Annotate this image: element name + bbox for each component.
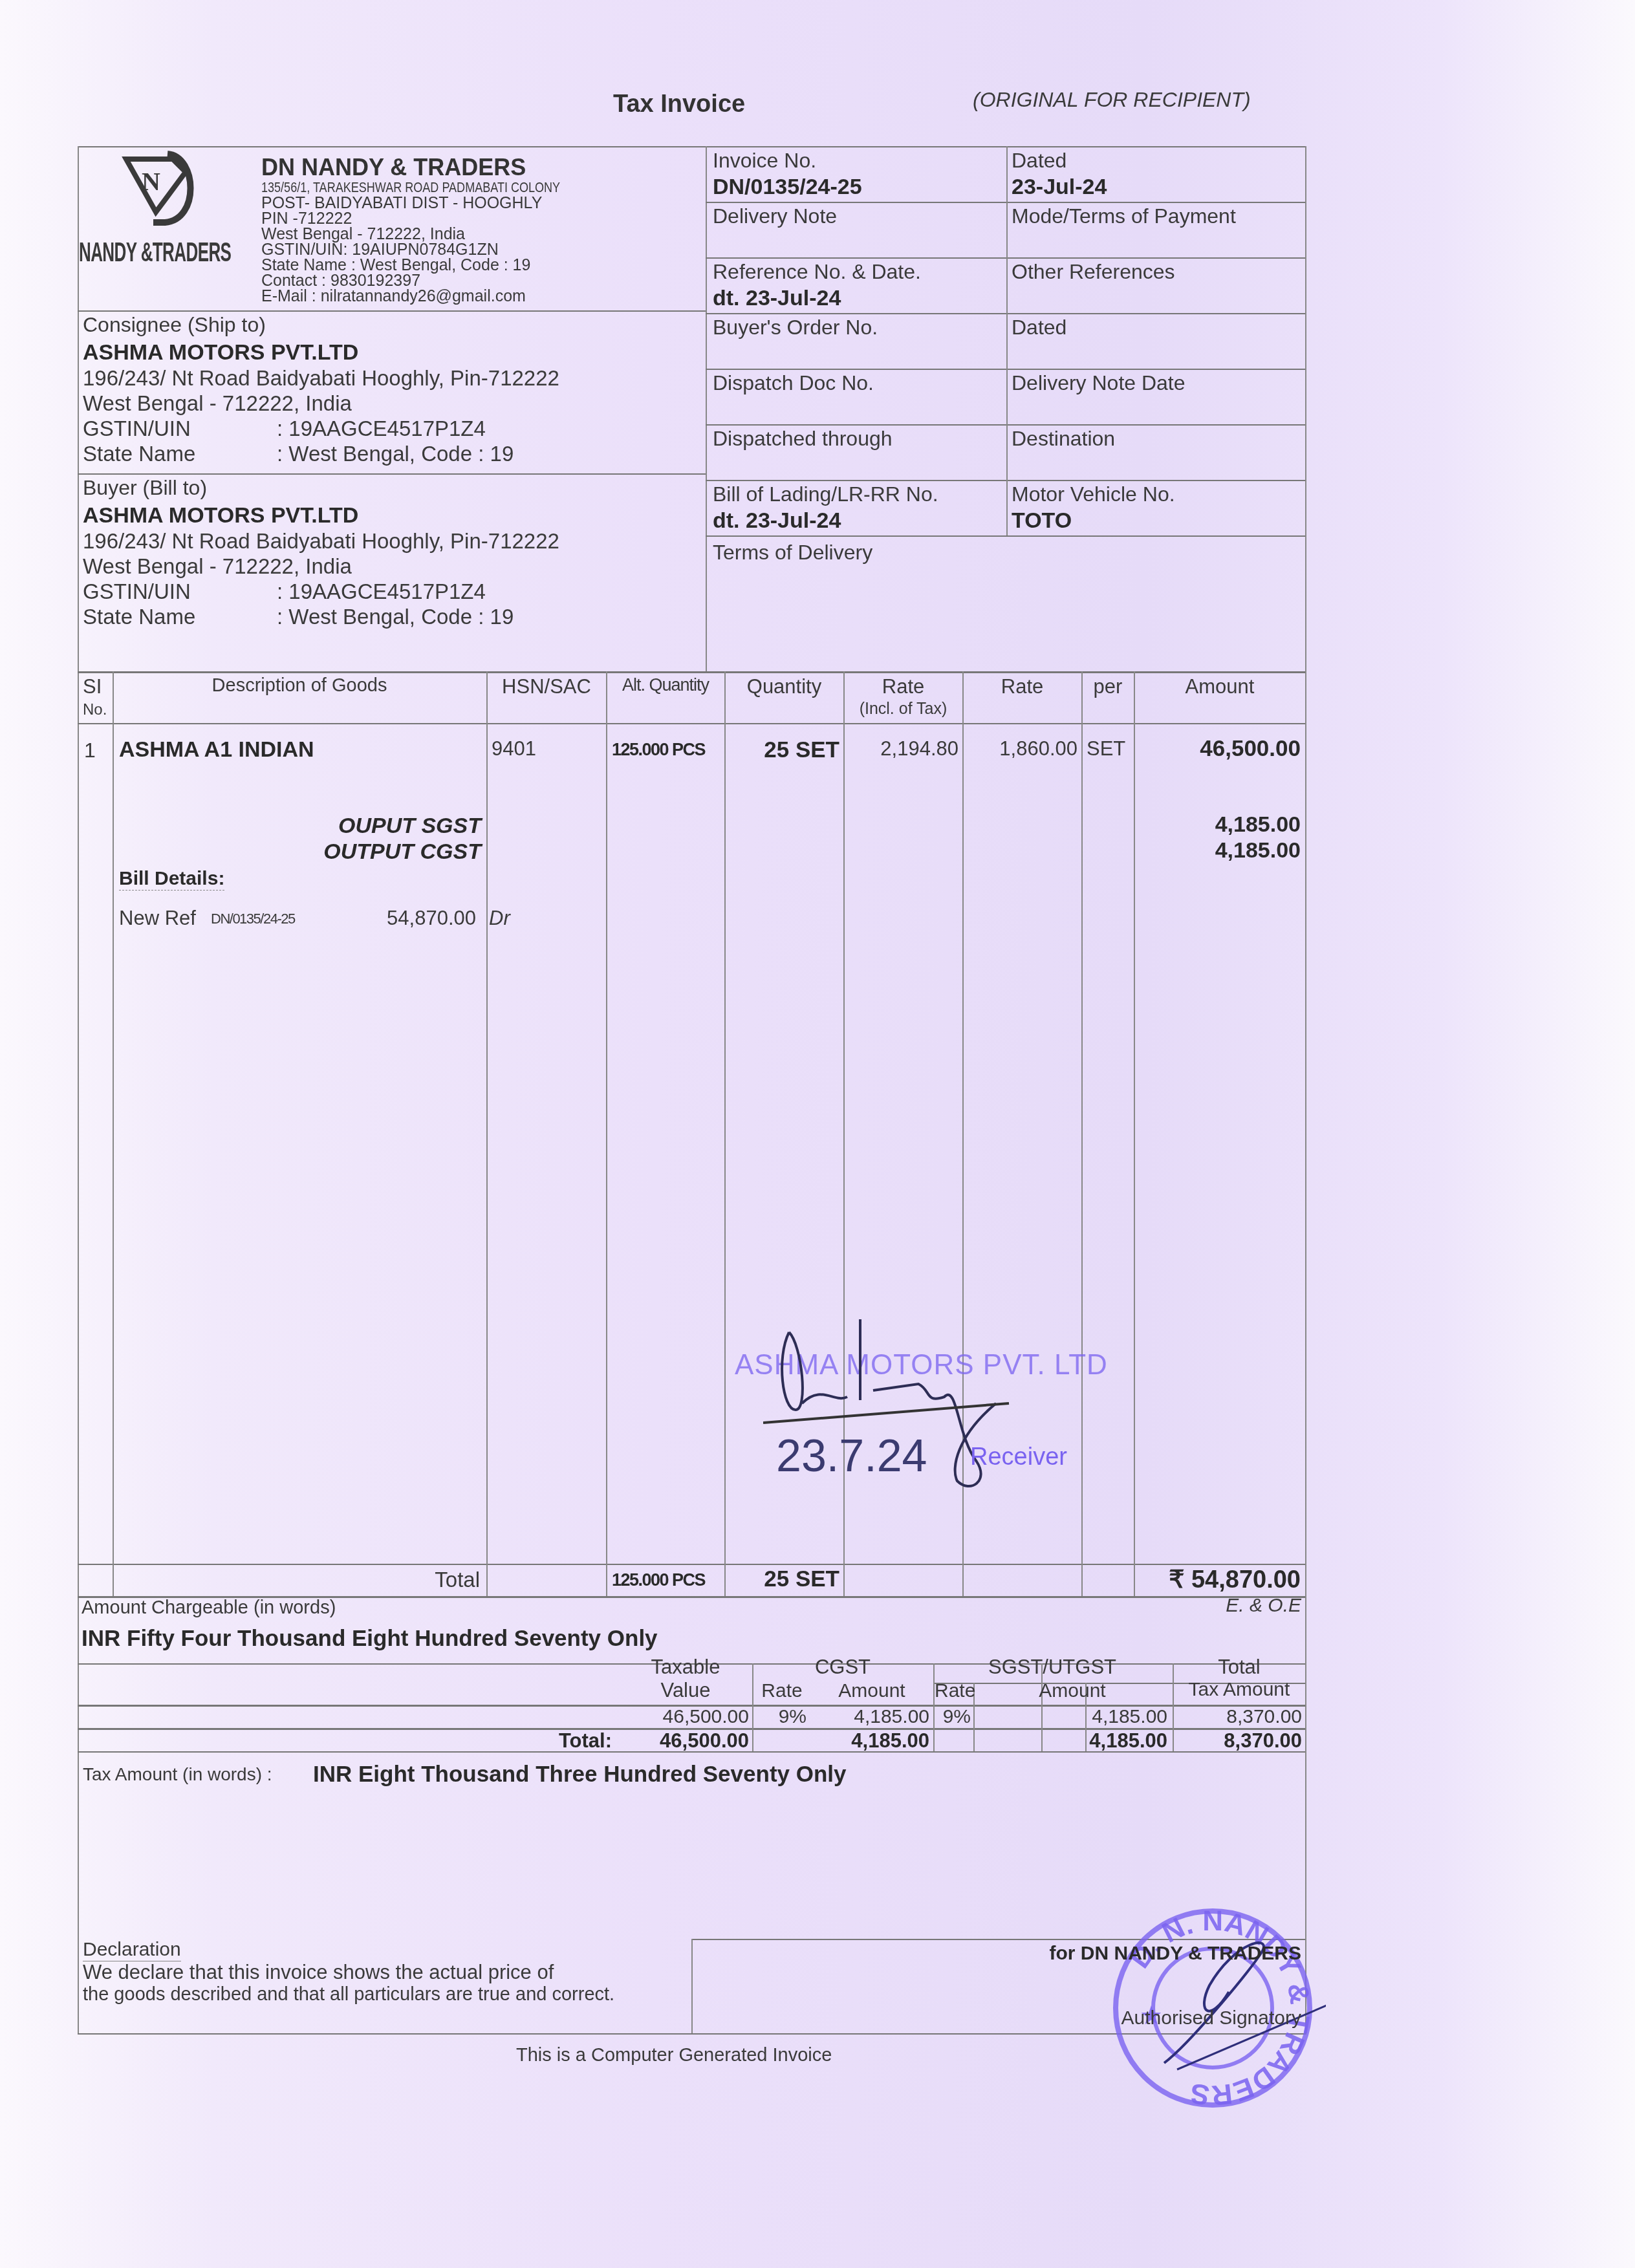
consignee-address-line: West Bengal - 712222, India (83, 391, 352, 416)
col-divider (486, 671, 488, 1596)
terms-of-delivery-label: Terms of Delivery (713, 541, 872, 565)
meta-label: Reference No. & Date. (713, 260, 921, 284)
receiver-signature-icon: 23.7.24 (763, 1306, 1087, 1500)
header-split (706, 146, 707, 671)
meta-divider (706, 313, 1305, 314)
nd-logo-icon: N (120, 150, 200, 228)
declaration-line: the goods described and that all particu… (83, 1984, 614, 2005)
item-hsn: 9401 (492, 737, 536, 761)
summary-total-sgst: 4,185.00 (975, 1729, 1167, 1753)
meta-value: TOTO (1012, 508, 1072, 534)
summary-header-cgst: CGST (753, 1656, 932, 1679)
meta-value: 23-Jul-24 (1012, 175, 1107, 200)
declaration-heading: Declaration (83, 1939, 181, 1961)
consignee-state-label: State Name (83, 442, 195, 466)
meta-label: Delivery Note Date (1012, 371, 1186, 395)
consignee-address-line: 196/243/ Nt Road Baidyabati Hooghly, Pin… (83, 366, 559, 391)
meta-divider (706, 424, 1305, 426)
col-divider (606, 671, 607, 1596)
consignee-gstin: : 19AAGCE4517P1Z4 (277, 416, 486, 441)
item-rate-incl: 2,194.80 (845, 737, 958, 761)
items-table-top (78, 671, 1305, 673)
col-header-rate: Rate (964, 675, 1081, 698)
frame-top (78, 146, 1305, 147)
col-divider (113, 671, 114, 1596)
meta-divider (706, 535, 1305, 537)
col-header-sl: SI (83, 675, 102, 698)
tax-line-label: OUPUT SGST (194, 814, 481, 839)
buyer-gstin-label: GSTIN/UIN (83, 579, 191, 604)
declaration-line: We declare that this invoice shows the a… (83, 1961, 554, 1984)
bill-ref-amount: 54,870.00 (336, 907, 476, 930)
copy-label: (ORIGINAL FOR RECIPIENT) (973, 88, 1251, 112)
footer-note: This is a Computer Generated Invoice (516, 2045, 832, 2066)
items-header-bottom (78, 723, 1305, 724)
seller-contact: Contact : 9830192397 (261, 273, 626, 288)
item-sl: 1 (84, 739, 96, 762)
summary-sgst-amount: 4,185.00 (975, 1706, 1167, 1728)
invoice-title: Tax Invoice (613, 91, 745, 118)
col-header-amount: Amount (1135, 675, 1305, 698)
consignee-heading: Consignee (Ship to) (83, 313, 266, 337)
seller-logo: N (120, 150, 200, 228)
logo-caption: NANDY &TRADERS (79, 237, 231, 268)
seller-address: 135/56/1, TARAKESHWAR ROAD PADMABATI COL… (261, 180, 626, 304)
bill-details-heading: Bill Details: (119, 868, 224, 891)
tax-words-value: INR Eight Thousand Three Hundred Seventy… (313, 1762, 847, 1787)
col-header-description: Description of Goods (114, 675, 485, 697)
summary-total-taxable: 46,500.00 (621, 1729, 749, 1753)
amount-words-value: INR Fifty Four Thousand Eight Hundred Se… (81, 1626, 658, 1652)
svg-text:N: N (142, 167, 160, 196)
meta-divider (706, 369, 1305, 370)
tax-line-amount: 4,185.00 (1135, 812, 1301, 837)
summary-taxable: 46,500.00 (621, 1706, 749, 1728)
summary-header-cgst-amount: Amount (812, 1680, 932, 1702)
item-description: ASHMA A1 INDIAN (119, 737, 314, 762)
col-divider (724, 671, 726, 1596)
meta-label: Dispatch Doc No. (713, 371, 874, 395)
summary-header-sgst-rate: Rate (935, 1680, 972, 1702)
col-header-sl-no: No. (83, 701, 107, 719)
total-qty: 25 SET (726, 1566, 839, 1592)
seller-name: DN NANDY & TRADERS (261, 154, 526, 181)
consignee-state: : West Bengal, Code : 19 (277, 442, 514, 466)
summary-header-sgst: SGST/UTGST (935, 1656, 1170, 1679)
svg-text:23.7.24: 23.7.24 (776, 1431, 927, 1481)
meta-label: Buyer's Order No. (713, 316, 878, 340)
meta-value: dt. 23-Jul-24 (713, 286, 841, 311)
col-header-alt-qty: Alt. Quantity (607, 675, 724, 695)
item-qty: 25 SET (726, 737, 839, 763)
buyer-heading: Buyer (Bill to) (83, 476, 207, 500)
summary-header-sgst-amount: Amount (975, 1680, 1170, 1702)
meta-label: Motor Vehicle No. (1012, 482, 1175, 506)
meta-divider (706, 257, 1305, 259)
summary-header-taxable: Taxable (621, 1656, 750, 1679)
buyer-gstin: : 19AAGCE4517P1Z4 (277, 579, 486, 604)
frame-right (1305, 146, 1306, 2035)
summary-header-total-tax: Tax Amount (1174, 1679, 1305, 1701)
summary-total-tax-amount: 8,370.00 (1174, 1729, 1302, 1753)
divider (78, 473, 706, 475)
summary-total-label: Total: (492, 1729, 612, 1753)
eoe-label: E. & O.E (1099, 1595, 1301, 1617)
meta-label: Invoice No. (713, 149, 816, 173)
seller-address-line: West Bengal - 712222, India (261, 226, 626, 242)
meta-col-divider (1006, 146, 1008, 535)
summary-cgst-rate: 9% (753, 1706, 807, 1728)
total-amount: ₹ 54,870.00 (1135, 1565, 1301, 1594)
item-amount: 46,500.00 (1135, 736, 1301, 762)
tax-line-label: OUTPUT CGST (194, 839, 481, 865)
col-divider (1134, 671, 1135, 1596)
meta-value: dt. 23-Jul-24 (713, 508, 841, 534)
summary-header-cgst-rate: Rate (753, 1680, 810, 1702)
meta-label: Delivery Note (713, 204, 837, 228)
tax-words-label: Tax Amount (in words) : (83, 1764, 272, 1785)
col-header-hsn: HSN/SAC (488, 675, 605, 698)
summary-cgst-amount: 4,185.00 (812, 1706, 929, 1728)
seller-address-line: POST- BAIDYABATI DIST - HOOGHLY (261, 195, 626, 211)
item-per: SET (1087, 737, 1125, 761)
summary-total-cgst: 4,185.00 (812, 1729, 929, 1753)
meta-label: Dated (1012, 316, 1067, 340)
seller-address-line: PIN -712222 (261, 211, 626, 226)
consignee-name: ASHMA MOTORS PVT.LTD (83, 340, 358, 365)
consignee-gstin-label: GSTIN/UIN (83, 416, 191, 441)
buyer-state: : West Bengal, Code : 19 (277, 605, 514, 629)
summary-total-tax: 8,370.00 (1174, 1706, 1302, 1728)
buyer-name: ASHMA MOTORS PVT.LTD (83, 503, 358, 528)
items-total-top (78, 1564, 1305, 1565)
tax-line-amount: 4,185.00 (1135, 838, 1301, 863)
item-rate: 1,860.00 (964, 737, 1077, 761)
meta-divider (706, 202, 1305, 203)
receiver-label: Receiver (970, 1443, 1067, 1471)
total-alt-qty: 125.000 PCS (612, 1570, 705, 1590)
seller-state: State Name : West Bengal, Code : 19 (261, 257, 626, 273)
summary-sgst-rate: 9% (935, 1706, 971, 1728)
meta-divider (706, 480, 1305, 481)
signatory-label: Authorised Signatory (905, 2007, 1301, 2029)
col-header-qty: Quantity (726, 675, 843, 698)
total-label: Total (114, 1568, 480, 1592)
seller-gstin: GSTIN/UIN: 19AIUPN0784G1ZN (261, 242, 626, 257)
meta-label: Dated (1012, 149, 1067, 173)
bill-ref-drcr: Dr (489, 907, 510, 930)
buyer-address-line: 196/243/ Nt Road Baidyabati Hooghly, Pin… (83, 529, 559, 554)
seller-email: E-Mail : nilratannandy26@gmail.com (261, 288, 626, 304)
summary-header-value: Value (621, 1679, 750, 1702)
col-header-rate-incl: Rate (845, 675, 962, 698)
buyer-state-label: State Name (83, 605, 195, 629)
meta-label: Bill of Lading/LR-RR No. (713, 482, 938, 506)
meta-label: Destination (1012, 427, 1115, 451)
signatory-company: for DN NANDY & TRADERS (905, 1943, 1301, 1965)
meta-label: Dispatched through (713, 427, 893, 451)
amount-words-label: Amount Chargeable (in words) (81, 1597, 336, 1619)
bill-ref-type: New Ref (119, 907, 196, 930)
item-alt-qty: 125.000 PCS (612, 740, 705, 760)
meta-label: Other References (1012, 260, 1175, 284)
meta-value: DN/0135/24-25 (713, 175, 862, 200)
col-divider (691, 1939, 693, 2033)
col-header-rate-incl-note: (Incl. of Tax) (845, 700, 962, 718)
divider (78, 310, 706, 312)
summary-header-total: Total (1174, 1656, 1305, 1679)
col-header-per: per (1083, 675, 1133, 698)
buyer-address-line: West Bengal - 712222, India (83, 554, 352, 579)
bill-ref-number: DN/0135/24-25 (211, 911, 295, 927)
meta-label: Mode/Terms of Payment (1012, 204, 1236, 228)
seller-address-line: 135/56/1, TARAKESHWAR ROAD PADMABATI COL… (261, 180, 560, 195)
